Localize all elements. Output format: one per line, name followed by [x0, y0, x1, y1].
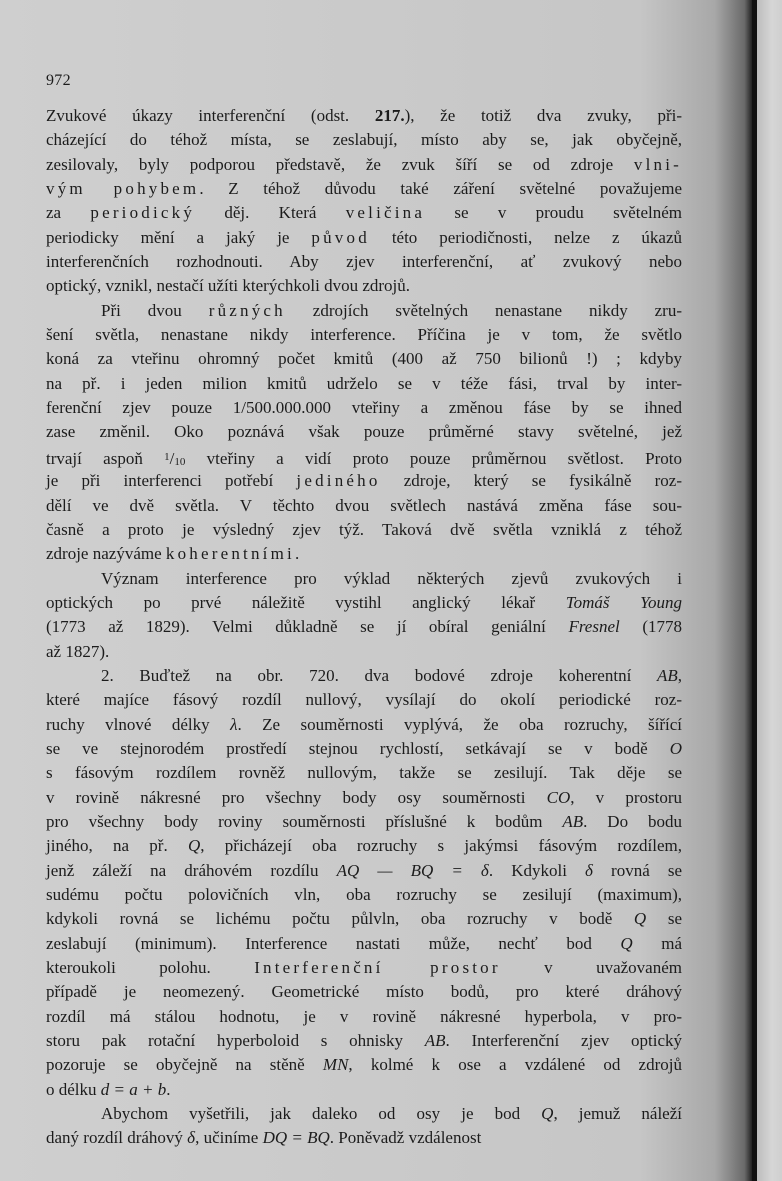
- page-number: 972: [46, 72, 71, 90]
- paragraph: 2. Buďtež na obr. 720. dva bodové zdroje…: [46, 664, 682, 1102]
- text-line: ruchy vlnové délky λ. Ze souměrnosti vyp…: [46, 713, 682, 737]
- italic-term: O: [670, 739, 682, 758]
- text-line: Abychom vyšetřili, jak daleko od osy je …: [46, 1102, 682, 1126]
- spaced-emphasis: různých: [209, 301, 286, 320]
- italic-term: AB: [425, 1031, 446, 1050]
- text-line: (1773 až 1829). Velmi důkladně se jí obí…: [46, 615, 682, 639]
- paragraph: Abychom vyšetřili, jak daleko od osy je …: [46, 1102, 682, 1151]
- text-line: ferenční zjev pouze 1/500.000.000 vteřin…: [46, 396, 682, 420]
- italic-term: Fresnel: [568, 617, 619, 636]
- text-line: šení světla, nenastane nikdy interferenc…: [46, 323, 682, 347]
- italic-term: d = a + b: [101, 1080, 166, 1099]
- italic-term: AB: [562, 812, 583, 831]
- text-line: zeslabují (minimum). Interference nastat…: [46, 932, 682, 956]
- italic-term: λ: [230, 715, 237, 734]
- paragraph: Význam interference pro výklad některých…: [46, 567, 682, 664]
- text-line: optických po prvé náležitě vystihl angli…: [46, 591, 682, 615]
- bold-reference: 217.: [375, 106, 405, 125]
- italic-term: Q: [620, 934, 632, 953]
- text-line: cházející do téhož místa, se zeslabují, …: [46, 128, 682, 152]
- text-line: storu pak rotační hyperboloid s ohnisky …: [46, 1029, 682, 1053]
- italic-term: DQ = BQ: [263, 1128, 330, 1147]
- spaced-emphasis: periodický: [90, 203, 195, 222]
- italic-term: MN: [323, 1055, 349, 1074]
- text-line: s fásovým rozdílem rovněž nullovým, takž…: [46, 761, 682, 785]
- text-line: rozdíl má stálou hodnotu, je v rovině ná…: [46, 1005, 682, 1029]
- text-line: interferenčních rozhodnouti. Aby zjev in…: [46, 250, 682, 274]
- text-line: pro všechny body roviny souměrnosti přís…: [46, 810, 682, 834]
- text-line: 2. Buďtež na obr. 720. dva bodové zdroje…: [46, 664, 682, 688]
- text-line: jiného, na př. Q, přicházejí oba rozruch…: [46, 834, 682, 858]
- text-line: v rovině nákresné pro všechny body osy s…: [46, 786, 682, 810]
- italic-term: Q: [541, 1104, 553, 1123]
- text-line: za periodický děj. Která veličina se v p…: [46, 201, 682, 225]
- text-line: případě je neomezený. Geometrické místo …: [46, 980, 682, 1004]
- spaced-emphasis: veličina: [346, 203, 425, 222]
- italic-term: Q: [634, 909, 646, 928]
- italic-term: CO: [547, 788, 571, 807]
- italic-term: Tomáš Young: [566, 593, 682, 612]
- italic-term: δ: [187, 1128, 195, 1147]
- text-line: pozoruje se obyčejně na stěně MN, kolmé …: [46, 1053, 682, 1077]
- text-line: optický, vznikl, nestačí užíti kterýchko…: [46, 274, 682, 298]
- text-line: dělí ve dvě světla. V těchto dvou světle…: [46, 494, 682, 518]
- text-line: na př. i jeden milion kmitů udrželo se v…: [46, 372, 682, 396]
- text-line: Zvukové úkazy interferenční (odst. 217.)…: [46, 104, 682, 128]
- spaced-emphasis: jediného: [296, 471, 380, 490]
- text-line: Význam interference pro výklad některých…: [46, 567, 682, 591]
- text-line: až 1827).: [46, 640, 682, 664]
- text-line: Při dvou různých zdrojích světelných nen…: [46, 299, 682, 323]
- spaced-emphasis: Interferenční prostor: [254, 958, 501, 977]
- text-line: zdroje nazýváme koherentními.: [46, 542, 682, 566]
- text-line: je při interferenci potřebí jediného zdr…: [46, 469, 682, 493]
- text-line: časně a proto je výsledný zjev týž. Tako…: [46, 518, 682, 542]
- book-page: 972 Zvukové úkazy interferenční (odst. 2…: [0, 0, 752, 1181]
- text-line: zesilovaly, byly podporou představě, že …: [46, 153, 682, 177]
- body-text: Zvukové úkazy interferenční (odst. 217.)…: [46, 104, 682, 1151]
- text-line: trvají aspoň 1/10 vteřiny a vidí proto p…: [46, 445, 682, 469]
- spaced-emphasis: vým pohybem: [46, 179, 199, 198]
- text-line: vým pohybem. Z téhož důvodu také záření …: [46, 177, 682, 201]
- italic-term: δ: [585, 861, 593, 880]
- spaced-emphasis: původ: [311, 228, 370, 247]
- paragraph: Při dvou různých zdrojích světelných nen…: [46, 299, 682, 567]
- text-line: kteroukoli polohu. Interferenční prostor…: [46, 956, 682, 980]
- text-line: sudému počtu polovičních vln, oba rozruc…: [46, 883, 682, 907]
- text-line: které majíce fásový rozdíl nullový, vysí…: [46, 688, 682, 712]
- text-line: koná za vteřinu ohromný počet kmitů (400…: [46, 347, 682, 371]
- text-line: jenž záleží na dráhovém rozdílu AQ — BQ …: [46, 859, 682, 883]
- text-line: kdykoli rovná se lichému počtu půlvln, o…: [46, 907, 682, 931]
- spaced-emphasis: koherentními: [166, 544, 295, 563]
- paragraph: Zvukové úkazy interferenční (odst. 217.)…: [46, 104, 682, 299]
- text-line: zase změnil. Oko poznává však pouze prům…: [46, 420, 682, 444]
- text-line: o délku d = a + b.: [46, 1078, 682, 1102]
- spaced-emphasis: vlni-: [634, 155, 682, 174]
- fraction: 1/10: [164, 449, 185, 468]
- adjacent-page-edge: [757, 0, 782, 1181]
- italic-term: AB: [657, 666, 678, 685]
- italic-term: Q: [188, 836, 200, 855]
- text-line: periodicky mění a jaký je původ této per…: [46, 226, 682, 250]
- text-line: daný rozdíl dráhový δ, učiníme DQ = BQ. …: [46, 1126, 682, 1150]
- italic-term: AQ — BQ = δ: [337, 861, 489, 880]
- text-line: se ve stejnorodém prostředí stejnou rych…: [46, 737, 682, 761]
